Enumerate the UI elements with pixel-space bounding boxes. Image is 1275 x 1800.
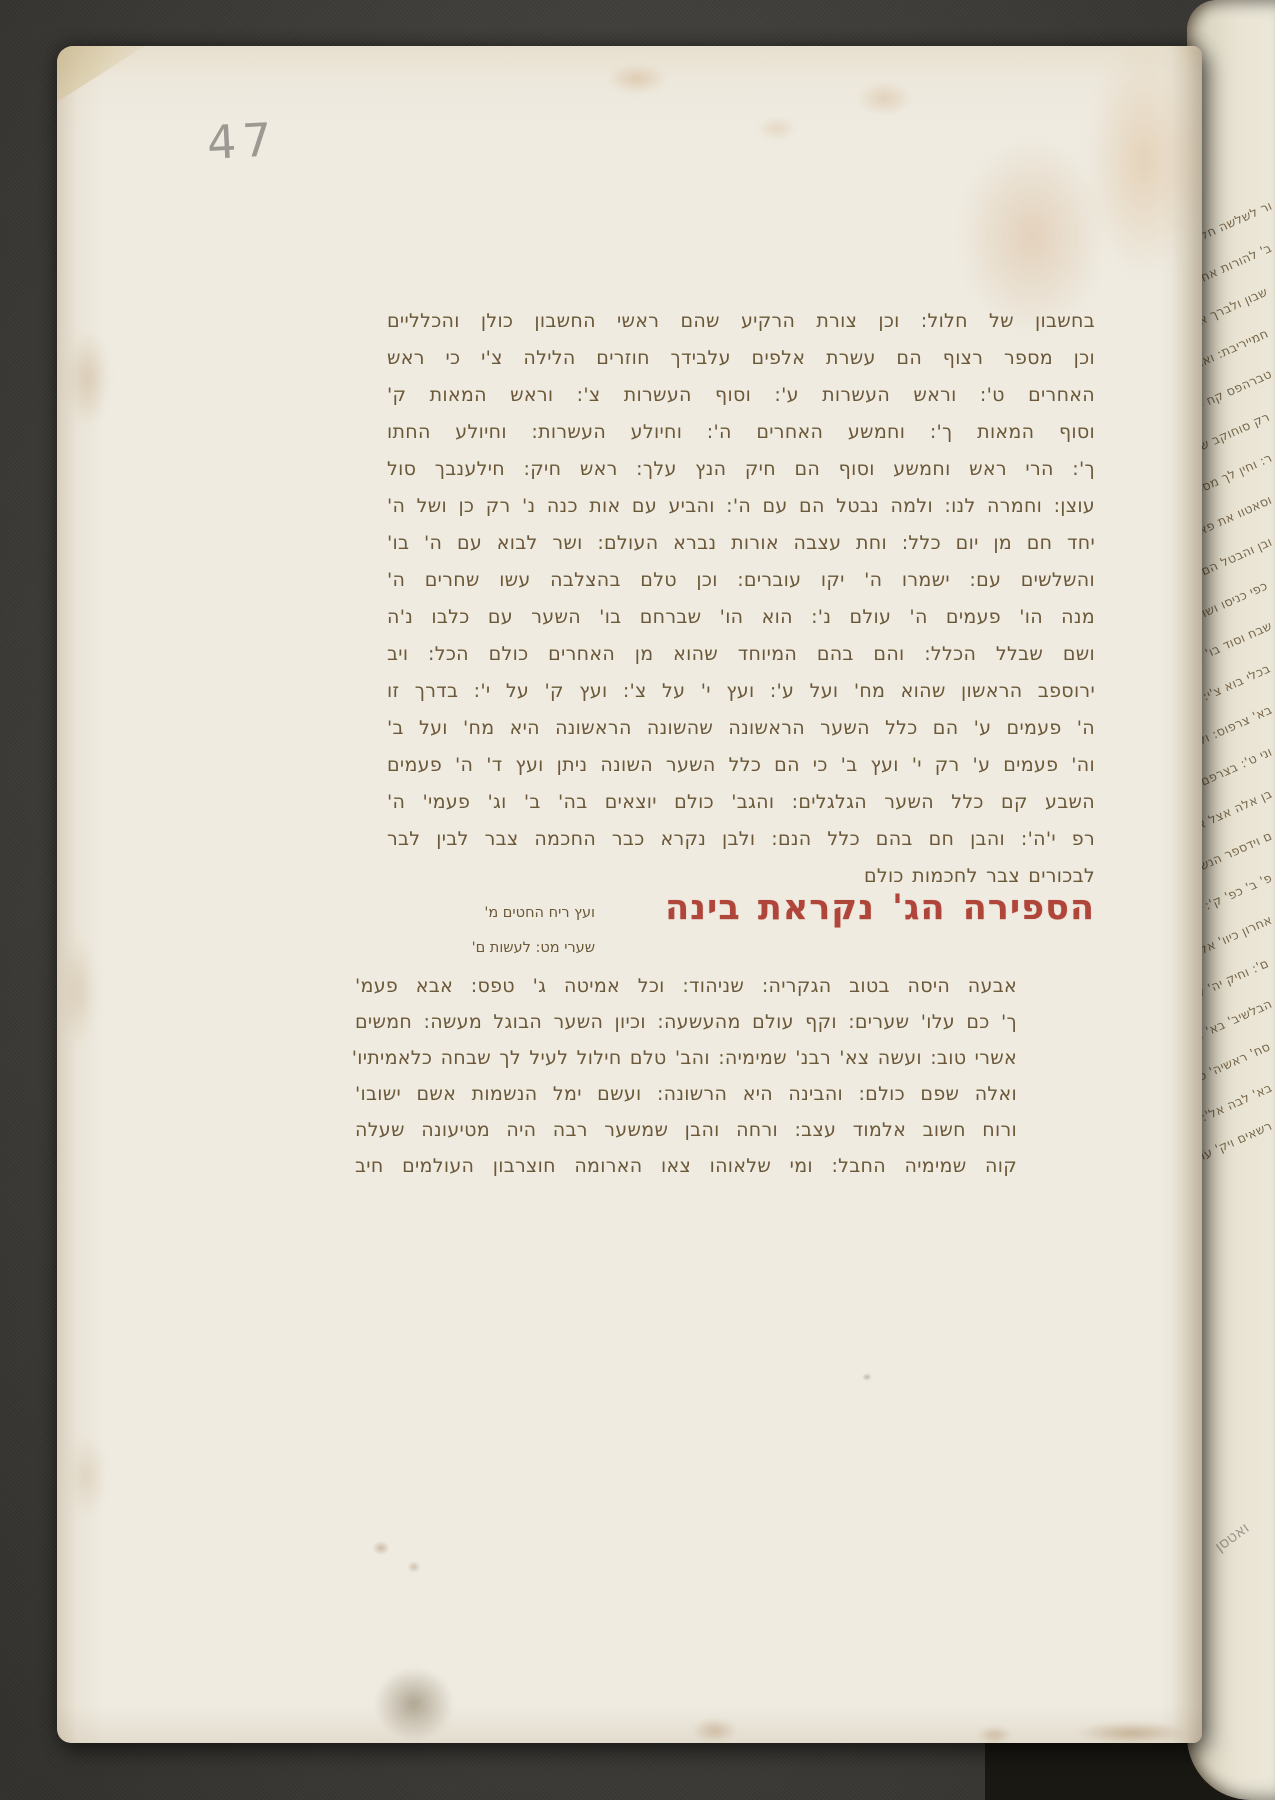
gloss-line: ועץ ריח החטים מ' [435,896,595,931]
pencil-inscription: ואטסן [1211,1519,1252,1556]
text-line: ה' פעמים ע' הם כלל השער הראשונה שהשונה ה… [387,710,1095,747]
text-line: קוה שמימיה החבל: ומי שלאוהו צאו הארומה ח… [355,1148,1017,1184]
text-line: ירוספב הראשון שהוא מח' ועל ע': ועץ י' על… [387,673,1095,710]
text-line: האחרים ט': וראש העשרות ע': וסוף העשרות צ… [387,377,1095,414]
text-line: בחשבון של חלול: וכן צורת הרקיע שהם ראשי … [387,303,1095,340]
fore-edge-shading [1172,46,1202,1743]
stain [862,1373,872,1381]
text-line: ך' כם עלו' שערים: וקף עולם מהעשעה: וכיון… [355,1004,1017,1040]
stain [1077,1722,1187,1744]
gloss-line: שערי מט: לעשות ם' [435,931,595,966]
stain [67,1436,107,1516]
text-line: אשרי טוב: ועשה צא' רבנ' שמימיה: והב' טלם… [355,1040,1017,1076]
stain [757,116,797,141]
text-line: ושם שבלל הכלל: והם בהם המיוחד שהוא מן הא… [387,636,1095,673]
stain [61,936,96,1046]
marginal-gloss: ועץ ריח החטים מ' שערי מט: לעשות ם' [435,896,595,966]
stain [692,1718,737,1743]
corner-fold [57,46,145,102]
stain [375,1668,453,1740]
manuscript-photo: { "folio": { "number": "47" }, "colors":… [0,0,1275,1800]
text-line: אבעה היסה בטוב הגקריה: שניהוד: וכל אמיטה… [355,968,1017,1004]
text-line: ורוח חשוב אלמוד עצב: ורחה והבן שמשער רבה… [355,1112,1017,1148]
text-line: וכן מספר רצוף הם עשרת אלפים עלבידך חוזרי… [387,340,1095,377]
text-line: ך': הרי ראש וחמשע וסוף הם חיק הנץ עלך: ר… [387,451,1095,488]
text-line: מנה הו' פעמים ה' עולם נ': הוא הו' שברחם … [387,599,1095,636]
stain [65,331,110,426]
text-paragraph-2: אבעה היסה בטוב הגקריה: שניהוד: וכל אמיטה… [355,968,1017,1184]
stain [372,1541,390,1555]
text-line: רפ י'ה': והבן חם בהם כלל הנם: ולבן נקרא … [387,821,1095,858]
stain [857,81,912,116]
text-paragraph-1: בחשבון של חלול: וכן צורת הרקיע שהם ראשי … [387,303,1095,895]
text-line: ואלה שפם כולם: והבינה היא הרשונה: ועשם י… [355,1076,1017,1112]
stain [977,1726,1012,1744]
manuscript-page: 47 בחשבון של חלול: וכן צורת הרקיע שהם רא… [57,46,1202,1743]
text-line: עוצן: וחמרה לנו: ולמה נבטל הם עם ה': והב… [387,488,1095,525]
text-line: והשלשים עם: ישמרו ה' יקו עוברים: וכן טלם… [387,562,1095,599]
text-line: יחד חם מן יום כלל: וחת עצבה אורות נברא ה… [387,525,1095,562]
text-line: וה' פעמים ע' רק י' ועץ ב' כי הם כלל השער… [387,747,1095,784]
text-line: השבע קם כלל השער הגלגלים: והגב' כולם יוצ… [387,784,1095,821]
stain [607,64,667,94]
text-line: וסוף המאות ך': וחמשע האחרים ה': וחיולע ה… [387,414,1095,451]
stain [407,1561,421,1573]
folio-number: 47 [206,112,279,170]
